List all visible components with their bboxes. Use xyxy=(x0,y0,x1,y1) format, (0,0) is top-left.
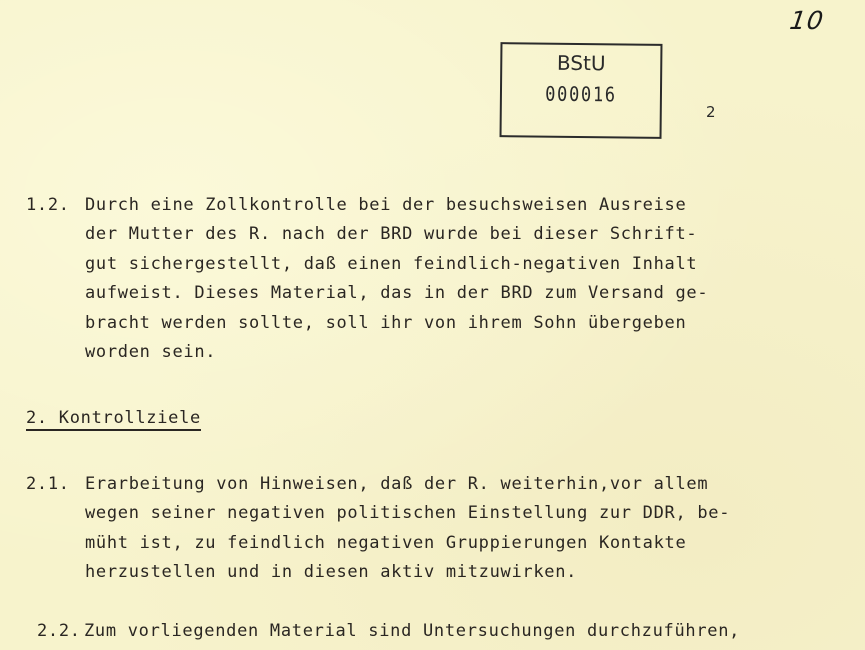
typed-page-number: 2 xyxy=(706,103,716,121)
section-heading-kontrollziele: 2. Kontrollziele xyxy=(26,408,201,431)
text-line: aufweist. Dieses Material, das in der BR… xyxy=(85,279,708,308)
section-number: 2.2. xyxy=(37,617,81,646)
text-line: herzustellen und in diesen aktiv mitzuwi… xyxy=(85,558,730,587)
text-line: bracht werden sollte, soll ihr von ihrem… xyxy=(85,309,708,338)
text-line: Durch eine Zollkontrolle bei der besuchs… xyxy=(85,191,708,220)
text-line: wegen seiner negativen politischen Einst… xyxy=(85,499,730,528)
text-line: müht ist, zu feindlich negativen Gruppie… xyxy=(85,529,730,558)
section-1-2: 1.2. Durch eine Zollkontrolle bei der be… xyxy=(26,191,708,367)
section-2-2: 2.2. Zum vorliegenden Material sind Unte… xyxy=(37,617,740,646)
text-line: gut sichergestellt, daß einen feindlich-… xyxy=(85,250,708,279)
archive-stamp: BStU 000016 xyxy=(500,42,663,139)
section-number: 1.2. xyxy=(26,191,70,220)
text-line: Zum vorliegenden Material sind Untersuch… xyxy=(84,617,740,646)
handwritten-page-number: 10 xyxy=(788,6,826,35)
section-number: 2.1. xyxy=(26,470,70,499)
stamp-number: 000016 xyxy=(514,81,649,106)
text-line: der Mutter des R. nach der BRD wurde bei… xyxy=(85,220,708,249)
document-page: 10 BStU 000016 2 1.2. Durch eine Zollkon… xyxy=(0,0,865,650)
text-line: worden sein. xyxy=(85,338,708,367)
stamp-organization: BStU xyxy=(502,50,660,76)
section-2-1: 2.1. Erarbeitung von Hinweisen, daß der … xyxy=(26,470,730,588)
text-line: Erarbeitung von Hinweisen, daß der R. we… xyxy=(85,470,730,499)
